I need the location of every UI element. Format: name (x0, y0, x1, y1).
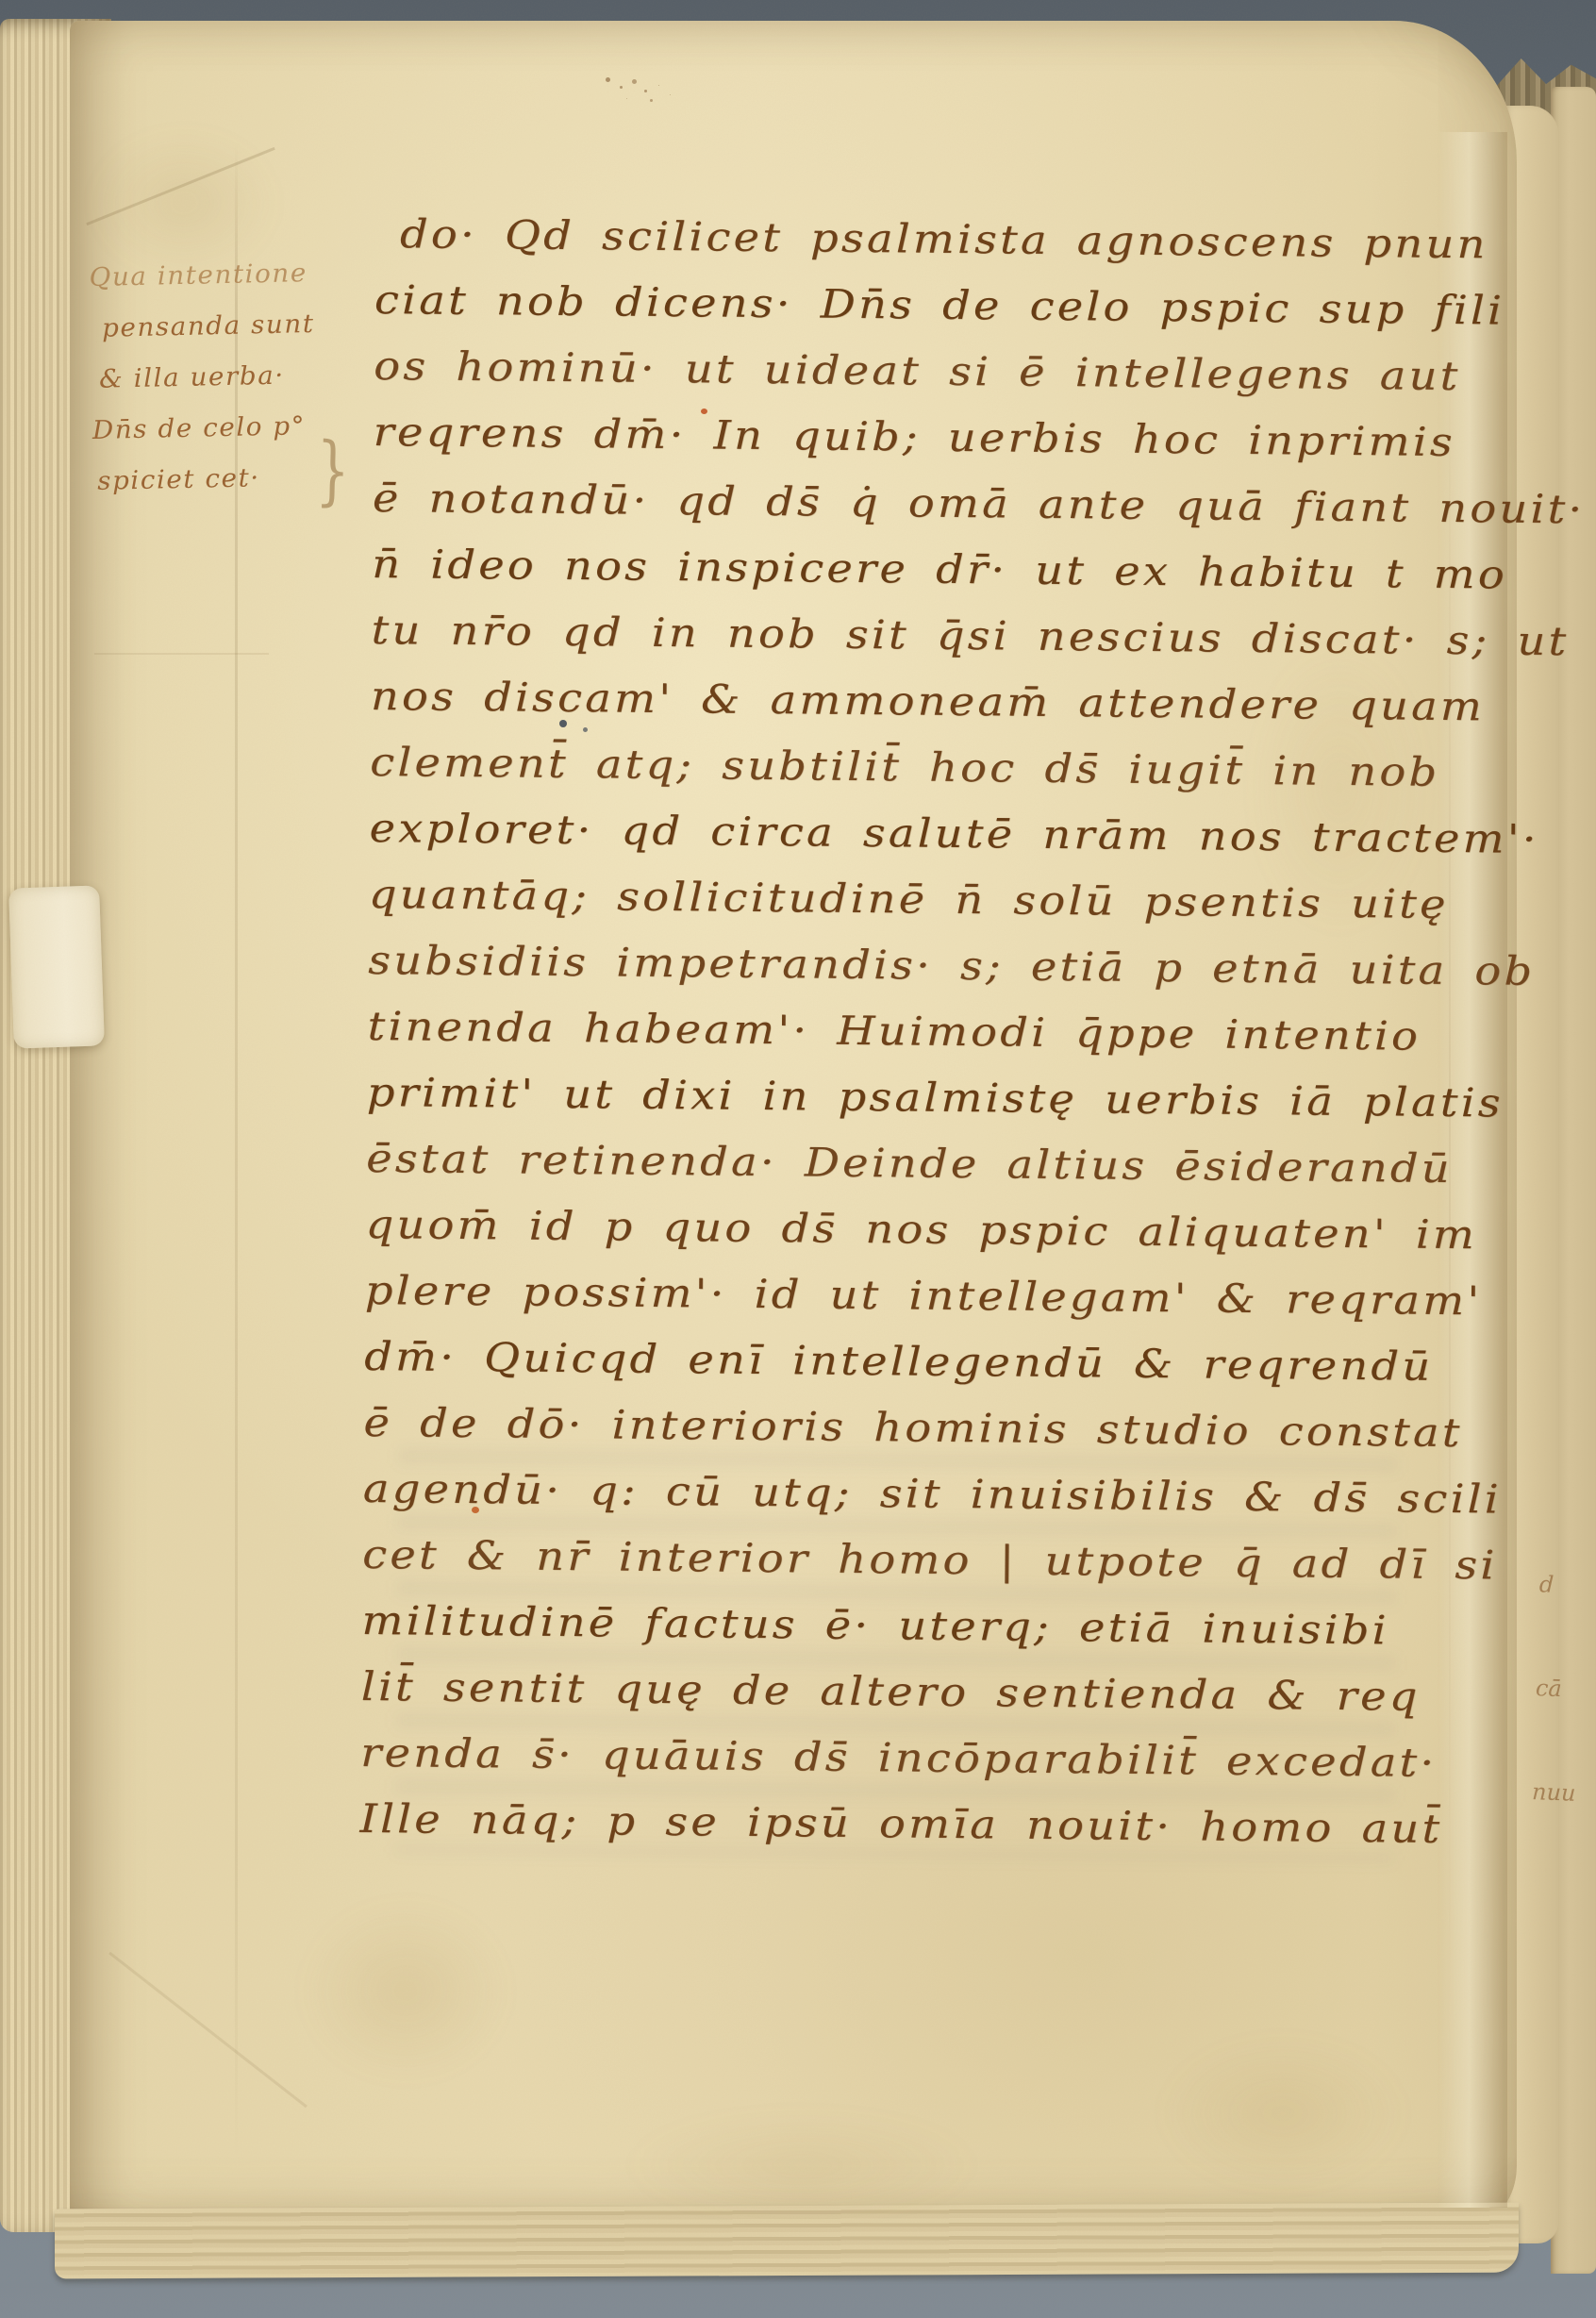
main-text-block: do· Qd scilicet psalmista agnoscens pnun… (359, 201, 1588, 1863)
text-line: ciat nob dicens· Dn̄s de celo pspic sup … (374, 267, 1588, 344)
margin-note: Qua intentionepensanda sunt& illa uerba·… (89, 248, 318, 508)
text-line: ēstat retinenda· Deinde altius ēsiderand… (366, 1126, 1579, 1203)
margin-note-line: Dn̄s de celo p° (91, 401, 317, 457)
margin-note-line: pensanda sunt (90, 299, 315, 355)
edge-text-fragments: dcānuu (1532, 1573, 1584, 1804)
text-line: ē notandū· qd ds̄ q̇ omā ante quā fiant … (373, 465, 1586, 542)
margin-squiggle: } (315, 432, 351, 509)
margin-note-line: spiciet cet· (93, 452, 319, 508)
text-line: Ille nāq; p se ipsū omīa nouit· homo aut… (359, 1786, 1572, 1863)
text-line: agendū· q: cū utq; sit inuisibilis & ds̄… (363, 1456, 1576, 1533)
edge-fragment: cā (1536, 1676, 1580, 1701)
text-line: primit' ut dixi in psalmistę uerbis iā p… (367, 1059, 1580, 1137)
text-line: renda s̄· quāuis ds̄ incōparabilit̄ exce… (360, 1720, 1573, 1797)
text-line: quantāq; sollicitudinē n̄ solū psentis u… (369, 861, 1582, 939)
text-line: tinenda habeam'· Huimodi q̄ppe intentio (367, 993, 1580, 1071)
text-line: lit̄ sentit quę de altero sentienda & re… (361, 1654, 1574, 1731)
text-line: os hominū· ut uideat si ē intellegens au… (374, 333, 1587, 410)
text-line: reqrens dm̄· In quib; uerbis hoc inprimi… (373, 399, 1586, 476)
text-line: ē de dō· interioris hominis studio const… (363, 1390, 1576, 1467)
margin-note-line: Qua intentione (89, 248, 314, 304)
parchment-stain (1113, 2009, 1453, 2217)
text-line: subsidiis impetrandis· s; etiā p etnā ui… (368, 927, 1581, 1005)
parchment-stain (264, 1868, 547, 2113)
edge-fragment: nuu (1532, 1780, 1576, 1805)
parchment-stain (557, 2094, 1047, 2236)
vellum-tab (8, 885, 105, 1048)
ink-speck-cluster (606, 77, 610, 82)
edge-fragment: d (1538, 1573, 1583, 1597)
margin-note-line: & illa uerba· (91, 350, 316, 406)
text-line: tu nr̄o qd in nob sit q̄si nescius disca… (371, 597, 1584, 675)
text-line: nos discam' & ammoneam̄ attendere quam (371, 663, 1584, 741)
text-line: do· Qd scilicet psalmista agnoscens pnun (374, 201, 1588, 278)
text-line: dm̄· Quicqd enī intellegendū & reqrendū (364, 1324, 1577, 1401)
text-line: plere possim'· id ut intellegam' & reqra… (365, 1258, 1578, 1335)
crease-line (94, 653, 269, 655)
text-line: quom̄ id p quo ds̄ nos pspic aliquaten' … (365, 1192, 1578, 1269)
manuscript-photo: Qua intentionepensanda sunt& illa uerba·… (0, 0, 1596, 2318)
text-line: n̄ ideo nos inspicere dr̄· ut ex habitu … (372, 531, 1585, 609)
text-line: cet & nr̄ interior homo | utpote q̄ ad d… (362, 1522, 1575, 1599)
text-line: exploret· qd circa salutē nrām nos tract… (369, 795, 1582, 873)
text-line: clement̄ atq; subtilit̄ hoc ds̄ iugit̄ i… (370, 729, 1583, 807)
text-line: militudinē factus ē· uterq; etiā inuisib… (361, 1588, 1574, 1665)
